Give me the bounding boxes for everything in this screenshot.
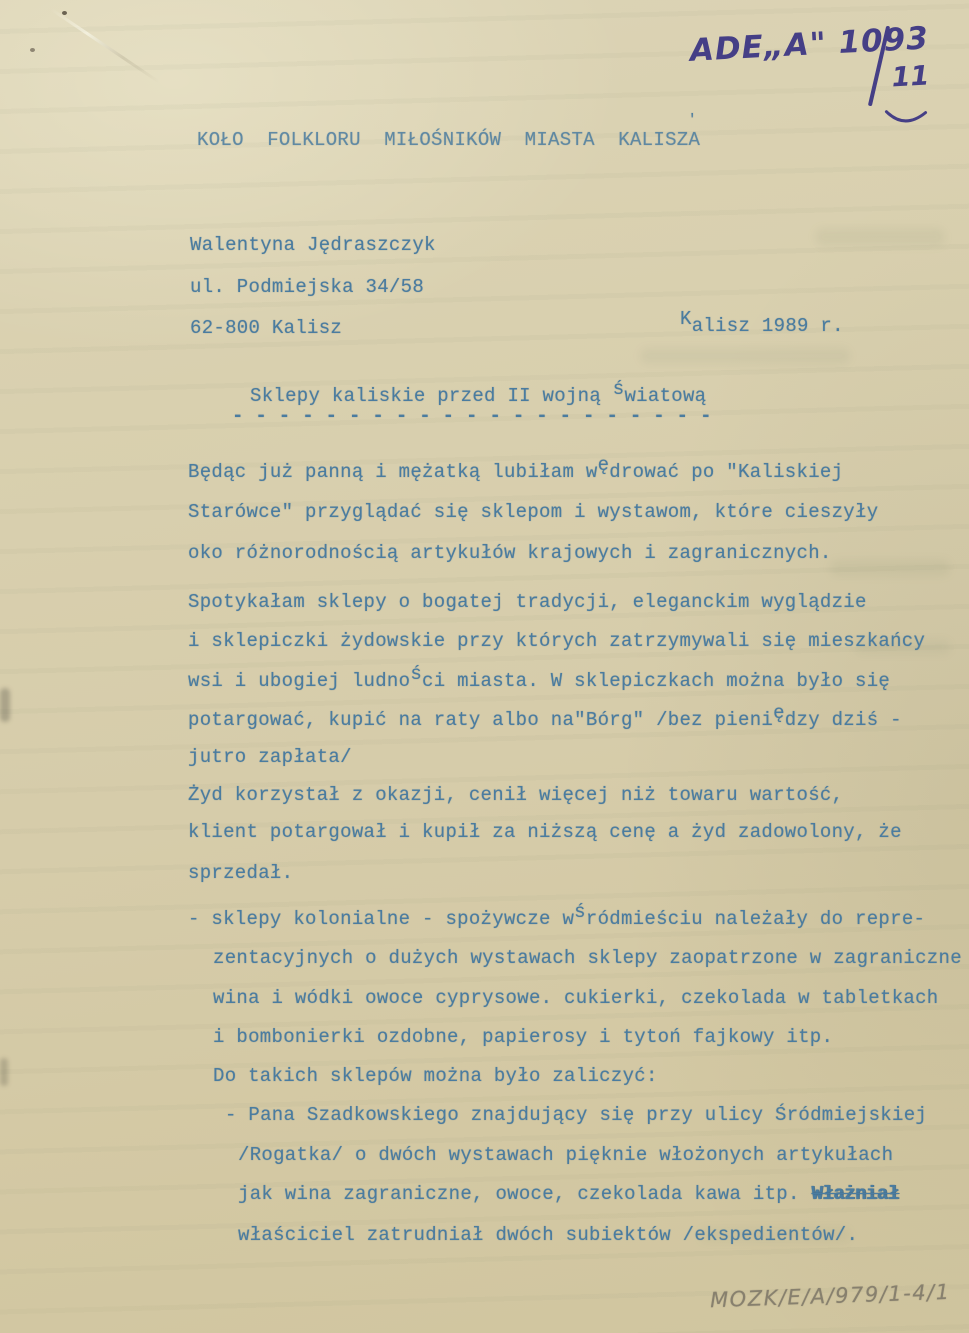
body-line: oko różnorodnością artykułów krajowych i…	[188, 533, 832, 573]
raised-letter: ś	[574, 901, 586, 923]
raised-letter: ś	[410, 663, 422, 685]
text-segment: sprzedał.	[188, 862, 293, 884]
body-line: Spotykałam sklepy o bogatej tradycji, el…	[188, 582, 867, 622]
body-line: Żyd korzystał z okazji, cenił więcej niż…	[188, 775, 843, 815]
edge-mark	[0, 688, 10, 722]
raised-letter: ę	[598, 454, 610, 476]
paper-crease	[50, 8, 159, 83]
body-line: wina i wódki owoce cyprysowe. cukierki, …	[213, 978, 939, 1018]
text-segment: i bombonierki ozdobne, papierosy i tytoń…	[213, 1026, 833, 1048]
body-line: Do takich sklepów można było zaliczyć:	[213, 1056, 658, 1096]
text-segment: Starówce" przyglądać się sklepom i wysta…	[188, 501, 878, 523]
body-line: potargować, kupić na raty albo na"Bórg" …	[188, 700, 902, 740]
raised-letter: ę	[773, 702, 785, 724]
body-line: Starówce" przyglądać się sklepom i wysta…	[188, 492, 878, 532]
handwritten-archive-annotation: ADE„A" 1093 11	[689, 19, 955, 152]
body-line: wsi i ubogiej ludności miasta. W sklepic…	[188, 661, 890, 701]
edge-mark	[0, 1058, 8, 1086]
flourish-curve-icon	[883, 106, 930, 128]
body-line: klient potargował i kupił za niższą cenę…	[188, 812, 902, 852]
place-date-rest: alisz 1989 r.	[692, 315, 844, 337]
text-segment: /Rogatka/ o dwóch wystawach pięknie włoż…	[238, 1144, 893, 1166]
struck-out-word: Włażniał	[811, 1183, 898, 1205]
body-line: - Pana Szadkowskiego znajdujący się przy…	[225, 1095, 927, 1135]
text-segment: drować po "Kaliskiej	[609, 461, 843, 483]
text-segment: Żyd korzystał z okazji, cenił więcej niż…	[188, 784, 843, 806]
body-line: jak wina zagraniczne, owoce, czekolada k…	[238, 1174, 899, 1214]
text-segment: oko różnorodnością artykułów krajowych i…	[188, 542, 832, 564]
body-line: jutro zapłata/	[188, 737, 352, 777]
organization-title: KOŁO FOLKLORU MIŁOŚNIKÓW MIASTA KALISZA	[197, 120, 700, 160]
paper-speck	[62, 11, 67, 15]
typed-tick-mark: '	[688, 112, 697, 128]
place-and-date: Kalisz 1989 r.	[680, 306, 844, 346]
body-line: zentacyjnych o dużych wystawach sklepy z…	[213, 938, 962, 978]
body-line: właściciel zatrudniał dwóch subiektów /e…	[238, 1215, 858, 1255]
author-name: Walentyna Jędraszczyk	[190, 225, 436, 265]
scanned-document-page: ADE„A" 1093 11 KOŁO FOLKLORU MIŁOŚNIKÓW …	[0, 0, 969, 1333]
text-segment: wina i wódki owoce cyprysowe. cukierki, …	[213, 987, 939, 1009]
bleed-through-smudge	[815, 228, 945, 246]
archive-code-subnumber: 11	[891, 60, 930, 93]
text-segment: Do takich sklepów można było zaliczyć:	[213, 1065, 658, 1087]
body-line: /Rogatka/ o dwóch wystawach pięknie włoż…	[238, 1135, 893, 1175]
text-segment: potargować, kupić na raty albo na"Bórg" …	[188, 709, 773, 731]
body-line: i bombonierki ozdobne, papierosy i tytoń…	[213, 1017, 833, 1057]
bleed-through-smudge	[830, 560, 950, 576]
author-city: 62-800 Kalisz	[190, 308, 342, 348]
text-segment: i sklepiczki żydowskie przy których zatr…	[188, 630, 925, 652]
body-line: i sklepiczki żydowskie przy których zatr…	[188, 621, 925, 661]
body-line: - sklepy kolonialne - spożywcze wśródmie…	[188, 899, 925, 939]
text-segment: - sklepy kolonialne - spożywcze w	[188, 908, 574, 930]
raised-initial: K	[680, 308, 692, 330]
text-segment: jutro zapłata/	[188, 746, 352, 768]
bleed-through-smudge	[640, 348, 850, 364]
pencil-archive-code: MOZK/E/A/979/1-4/1	[710, 1280, 951, 1312]
author-street: ul. Podmiejska 34/58	[190, 267, 424, 307]
text-segment: klient potargował i kupił za niższą cenę…	[188, 821, 902, 843]
text-segment: wsi i ubogiej ludno	[188, 670, 410, 692]
title-raised-letter: ś	[613, 378, 625, 400]
text-segment: zentacyjnych o dużych wystawach sklepy z…	[213, 947, 962, 969]
text-segment: ci miasta. W sklepiczkach można było się	[422, 670, 890, 692]
text-segment: Spotykałam sklepy o bogatej tradycji, el…	[188, 591, 867, 613]
text-segment: jak wina zagraniczne, owoce, czekolada k…	[238, 1183, 811, 1205]
text-segment: Będąc już panną i mężatką lubiłam w	[188, 461, 598, 483]
title-dashed-underline: - - - - - - - - - - - - - - - - - - - - …	[232, 404, 712, 428]
body-line: sprzedał.	[188, 853, 293, 893]
text-segment: ródmieściu należały do repre-	[586, 908, 925, 930]
body-line: Będąc już panną i mężatką lubiłam wędrow…	[188, 452, 843, 492]
text-segment: - Pana Szadkowskiego znajdujący się przy…	[225, 1104, 927, 1126]
paper-speck	[30, 48, 35, 52]
text-segment: właściciel zatrudniał dwóch subiektów /e…	[238, 1224, 858, 1246]
text-segment: dzy dziś -	[785, 709, 902, 731]
